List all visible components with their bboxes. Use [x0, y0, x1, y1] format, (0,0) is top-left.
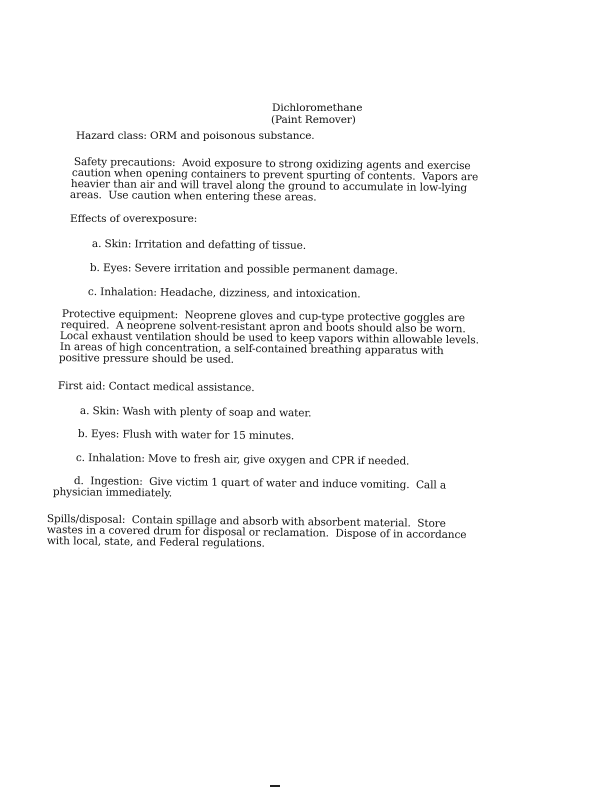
document-page: Dichloromethane (Paint Remover) Hazard c…: [0, 0, 611, 792]
document-subtitle: (Paint Remover): [271, 114, 356, 126]
safety-line: areas. Use caution when entering these a…: [70, 190, 317, 204]
effects-heading: Effects of overexposure:: [70, 213, 197, 225]
effects-item-skin: a. Skin: Irritation and defatting of tis…: [92, 238, 306, 252]
page-mark: [270, 785, 280, 787]
first-aid-item-inhalation: c. Inhalation: Move to fresh air, give o…: [76, 452, 410, 467]
ingestion-line: physician immediately.: [53, 487, 172, 500]
document-title: Dichloromethane: [272, 102, 362, 114]
first-aid-heading: First aid: Contact medical assistance.: [58, 380, 255, 394]
protective-line: positive pressure should be used.: [59, 353, 234, 366]
first-aid-item-skin: a. Skin: Wash with plenty of soap and wa…: [80, 405, 312, 419]
hazard-class: Hazard class: ORM and poisonous substanc…: [76, 130, 315, 142]
first-aid-item-eyes: b. Eyes: Flush with water for 15 minutes…: [78, 428, 294, 442]
effects-item-eyes: b. Eyes: Severe irritation and possible …: [90, 262, 398, 277]
effects-item-inhalation: c. Inhalation: Headache, dizziness, and …: [88, 286, 361, 300]
spills-line: with local, state, and Federal regulatio…: [47, 536, 265, 550]
